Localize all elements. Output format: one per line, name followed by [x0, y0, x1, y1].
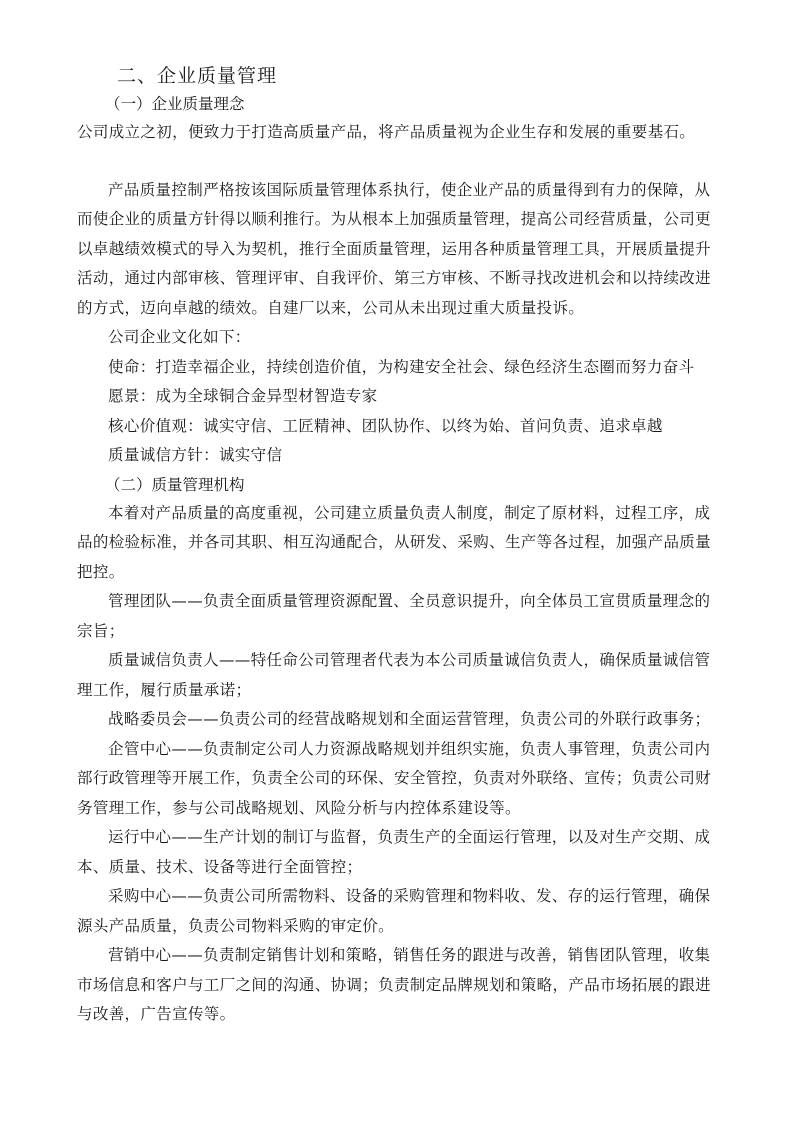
paragraph-line: 产品质量控制严格按该国际质量管理体系执行，使企业产品的质量得到有力的保障，从 — [77, 176, 725, 206]
paragraph-line: 运行中心——生产计划的制订与监督，负责生产的全面运行管理，以及对生产交期、成 — [77, 823, 725, 853]
role-operations-center: 运行中心——生产计划的制订与监督，负责生产的全面运行管理，以及对生产交期、成 本… — [77, 823, 725, 882]
section-title: 二、企业质量管理 — [117, 62, 725, 90]
paragraph-line: 的方式，迈向卓越的绩效。自建厂以来，公司从未出现过重大质量投诉。 — [77, 294, 725, 324]
quality-policy: 质量诚信方针：诚实守信 — [77, 441, 725, 471]
paragraph-line: 把控。 — [77, 558, 725, 588]
role-quality-integrity-officer: 质量诚信负责人——特任命公司管理者代表为本公司质量诚信负责人，确保质量诚信管 理… — [77, 646, 725, 705]
culture-intro: 公司企业文化如下： — [77, 323, 725, 353]
subsection-title-quality-philosophy: （一）企业质量理念 — [105, 90, 725, 118]
paragraph-line: 部行政管理等开展工作，负责全公司的环保、安全管控，负责对外联络、宣传；负责公司财 — [77, 764, 725, 794]
paragraph-line: 宗旨； — [77, 617, 725, 647]
quality-control-paragraph: 产品质量控制严格按该国际质量管理体系执行，使企业产品的质量得到有力的保障，从 而… — [77, 176, 725, 324]
organization-intro-paragraph: 本着对产品质量的高度重视，公司建立质量负责人制度，制定了原材料，过程工序，成 品… — [77, 499, 725, 588]
paragraph-line: 营销中心——负责制定销售计划和策略，销售任务的跟进与改善，销售团队管理，收集 — [77, 941, 725, 971]
paragraph-line: 务管理工作，参与公司战略规划、风险分析与内控体系建设等。 — [77, 794, 725, 824]
paragraph-line: 而使企业的质量方针得以顺利推行。为从根本上加强质量管理，提高公司经营质量，公司更 — [77, 205, 725, 235]
paragraph-line: 理工作，履行质量承诺； — [77, 676, 725, 706]
paragraph-line: 与改善，广告宣传等。 — [77, 1000, 725, 1030]
role-procurement-center: 采购中心——负责公司所需物料、设备的采购管理和物料收、发、存的运行管理，确保 源… — [77, 882, 725, 941]
paragraph-line: 质量诚信负责人——特任命公司管理者代表为本公司质量诚信负责人，确保质量诚信管 — [77, 646, 725, 676]
paragraph-line: 采购中心——负责公司所需物料、设备的采购管理和物料收、发、存的运行管理，确保 — [77, 882, 725, 912]
vision-statement: 愿景：成为全球铜合金异型材智造专家 — [77, 382, 725, 412]
paragraph-line: 品的检验标准，并各司其职、相互沟通配合，从研发、采购、生产等各过程，加强产品质量 — [77, 528, 725, 558]
paragraph-line: 活动，通过内部审核、管理评审、自我评价、第三方审核、不断寻找改进机会和以持续改进 — [77, 264, 725, 294]
paragraph-line: 市场信息和客户与工厂之间的沟通、协调；负责制定品牌规划和策略，产品市场拓展的跟进 — [77, 971, 725, 1001]
mission-statement: 使命：打造幸福企业，持续创造价值，为构建安全社会、绿色经济生态圈而努力奋斗 — [77, 353, 725, 383]
core-values: 核心价值观：诚实守信、工匠精神、团队协作、以终为始、首问负责、追求卓越 — [77, 412, 725, 442]
paragraph-line: 战略委员会——负责公司的经营战略规划和全面运营管理，负责公司的外联行政事务； — [77, 705, 725, 735]
paragraph-line: 本、质量、技术、设备等进行全面管控； — [77, 853, 725, 883]
paragraph-line: 本着对产品质量的高度重视，公司建立质量负责人制度，制定了原材料，过程工序，成 — [77, 499, 725, 529]
role-management-team: 管理团队——负责全面质量管理资源配置、全员意识提升，向全体员工宣贯质量理念的 宗… — [77, 587, 725, 646]
paragraph-line: 源头产品质量，负责公司物料采购的审定价。 — [77, 912, 725, 942]
intro-paragraph: 公司成立之初，便致力于打造高质量产品，将产品质量视为企业生存和发展的重要基石。 — [77, 118, 725, 148]
role-strategy-committee: 战略委员会——负责公司的经营战略规划和全面运营管理，负责公司的外联行政事务； — [77, 705, 725, 735]
paragraph-line: 管理团队——负责全面质量管理资源配置、全员意识提升，向全体员工宣贯质量理念的 — [77, 587, 725, 617]
role-enterprise-management-center: 企管中心——负责制定公司人力资源战略规划并组织实施，负责人事管理，负责公司内 部… — [77, 735, 725, 824]
document-page: 二、企业质量管理 （一）企业质量理念 公司成立之初，便致力于打造高质量产品，将产… — [77, 62, 725, 1030]
blank-line — [77, 148, 725, 176]
paragraph-line: 以卓越绩效模式的导入为契机，推行全面质量管理，运用各种质量管理工具，开展质量提升 — [77, 235, 725, 265]
role-marketing-center: 营销中心——负责制定销售计划和策略，销售任务的跟进与改善，销售团队管理，收集 市… — [77, 941, 725, 1030]
paragraph-line: 企管中心——负责制定公司人力资源战略规划并组织实施，负责人事管理，负责公司内 — [77, 735, 725, 765]
subsection-title-quality-organization: （二）质量管理机构 — [105, 471, 725, 499]
